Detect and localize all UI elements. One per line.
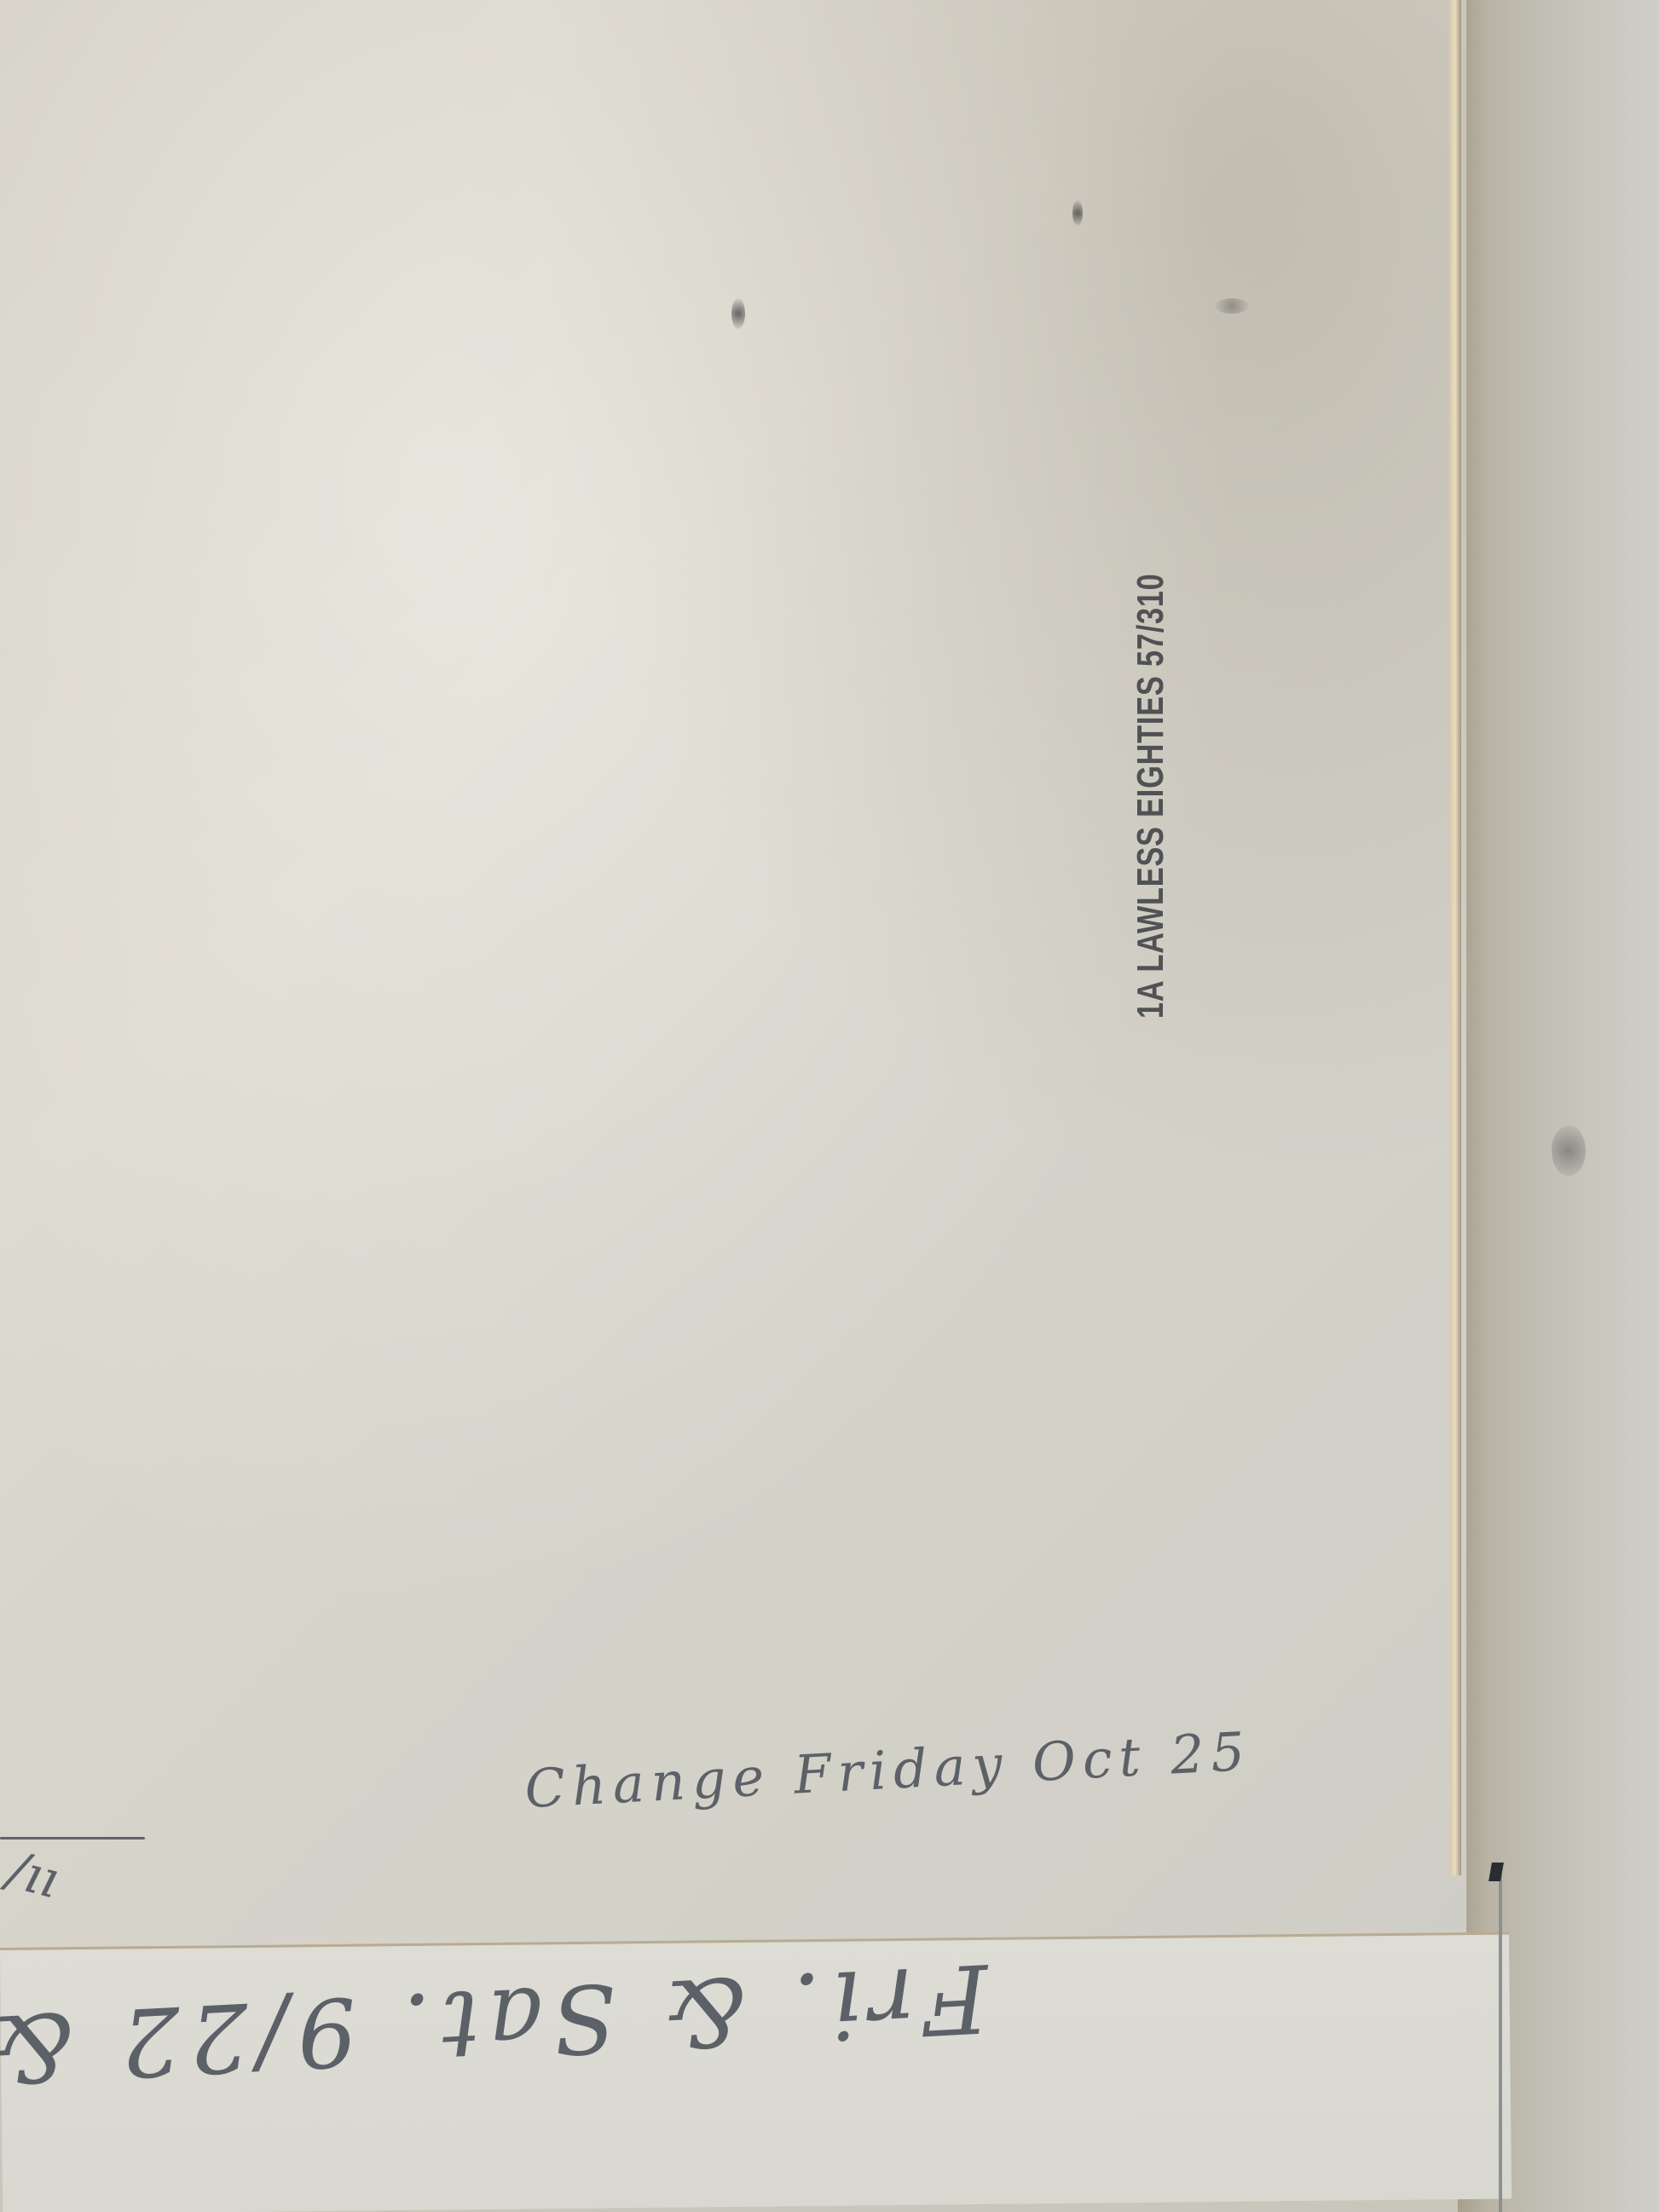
ink-spot xyxy=(731,298,745,329)
ink-spot xyxy=(1552,1125,1586,1176)
ink-spot xyxy=(1215,298,1249,314)
ink-spot xyxy=(1072,200,1083,226)
fold-crease xyxy=(1499,1875,1502,2212)
rubber-stamp-text: 1A LAWLESS EIGHTIES 57/310 xyxy=(1130,573,1172,1019)
fold-edge xyxy=(1449,0,1461,1875)
paper-sheet xyxy=(0,0,1466,1952)
pencil-line xyxy=(0,1837,145,1839)
